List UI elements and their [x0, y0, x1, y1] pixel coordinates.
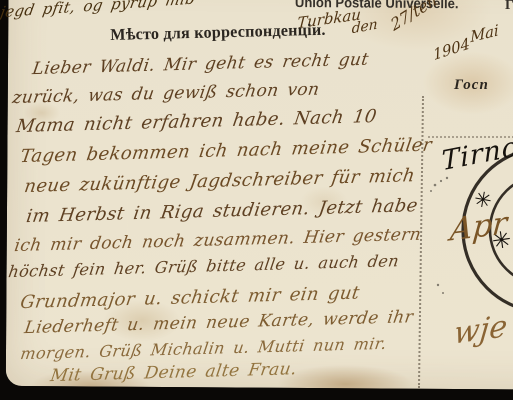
postcard-content: Union Postale Universelle. Г jegd pfit, …	[0, 0, 513, 400]
handwritten-line: zurück, was du gewiß schon von	[11, 79, 321, 108]
postcard-photo: Union Postale Universelle. Г jegd pfit, …	[0, 0, 513, 400]
dateline-den: den	[351, 16, 377, 37]
address-label-print: Госп	[454, 77, 489, 94]
handwritten-line: Mama nicht erfahren habe. Nach 10	[15, 106, 378, 137]
dateline-year: 1904	[432, 34, 471, 64]
handwritten-line: höchst fein her. Grüß bitte alle u. auch…	[7, 251, 400, 281]
handwritten-line: Mit Gruß Deine alte Frau.	[49, 359, 298, 386]
dateline-month: Mai	[470, 21, 499, 46]
handwritten-line: Grundmajor u. schickt mir ein gut	[19, 283, 361, 314]
handwritten-line: Liederheft u. mein neue Karte, werde ihr	[23, 307, 415, 338]
handwritten-line: Tagen bekommen ich nach meine Schüler	[19, 135, 434, 168]
handwritten-line: neue zukünftige Jagdschreiber für mich	[23, 165, 417, 197]
handwritten-stamp-annotation: Apr	[449, 205, 509, 249]
handwritten-line: im Herbst in Riga studieren. Jetzt habe	[25, 195, 419, 227]
handwritten-line: Lieber Waldi. Mir geht es recht gut	[31, 50, 370, 79]
handwritten-line: morgen. Grüß Michalin u. Mutti nun mir.	[19, 334, 388, 363]
handwritten-corner-note: wje	[452, 308, 509, 351]
correspondence-label-print: Мѣсто для корреспонденціи.	[110, 20, 326, 45]
upu-header-fragment: Г	[505, 0, 513, 14]
handwritten-top-note: jegd pfit, og pyrup mib	[0, 0, 197, 21]
